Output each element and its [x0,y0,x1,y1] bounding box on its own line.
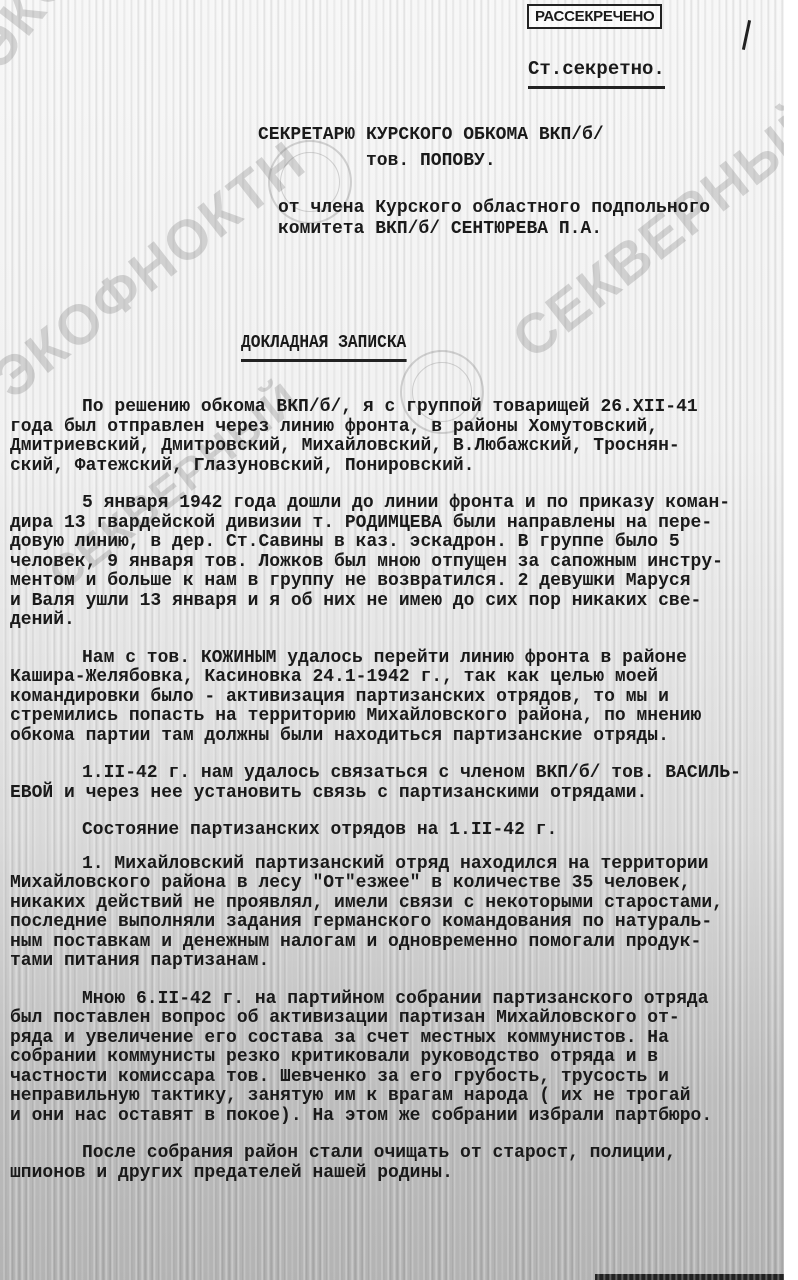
sender-line: от члена Курского областного подпольного [278,198,710,219]
paragraph: 1. Михайловский партизанский отряд наход… [10,855,780,972]
paragraph: 1.II-42 г. нам удалось связаться с члено… [10,764,780,803]
addressee-line: тов. ПОПОВУ. [258,148,604,174]
scan-edge-bar [595,1274,784,1280]
document-body: По решению обкома ВКП/б/, я с группой то… [10,398,780,1201]
sender-block: от члена Курского областного подпольного… [278,198,710,240]
addressee-line: СЕКРЕТАРЮ КУРСКОГО ОБКОМА ВКП/б/ [258,122,604,148]
scanned-document-page: ЭКОФНОКТН ЭКОФНОКТН СЕКВЕРНЫЙ ВЕ СЕКВЕРН… [0,0,784,1280]
paragraph: Мною 6.II-42 г. на партийном собрании па… [10,990,780,1127]
document-title: ДОКЛАДНАЯ ЗАПИСКА [241,333,406,362]
paragraph: По решению обкома ВКП/б/, я с группой то… [10,398,780,476]
sender-line: комитета ВКП/б/ СЕНТЮРЕВА П.А. [278,219,710,240]
section-heading: Состояние партизанских отрядов на 1.II-4… [10,821,780,841]
handwritten-mark [742,20,751,50]
addressee-block: СЕКРЕТАРЮ КУРСКОГО ОБКОМА ВКП/б/ тов. ПО… [258,122,604,174]
paragraph: Нам с тов. КОЖИНЫМ удалось перейти линию… [10,649,780,747]
paragraph: 5 января 1942 года дошли до линии фронта… [10,494,780,631]
watermark-text: ЭКОФНОКТН [0,0,244,80]
classification-label: Ст.секретно. [528,58,665,89]
paragraph: После собрания район стали очищать от ст… [10,1144,780,1183]
declassified-stamp: РАССЕКРЕЧЕНО [527,4,662,29]
